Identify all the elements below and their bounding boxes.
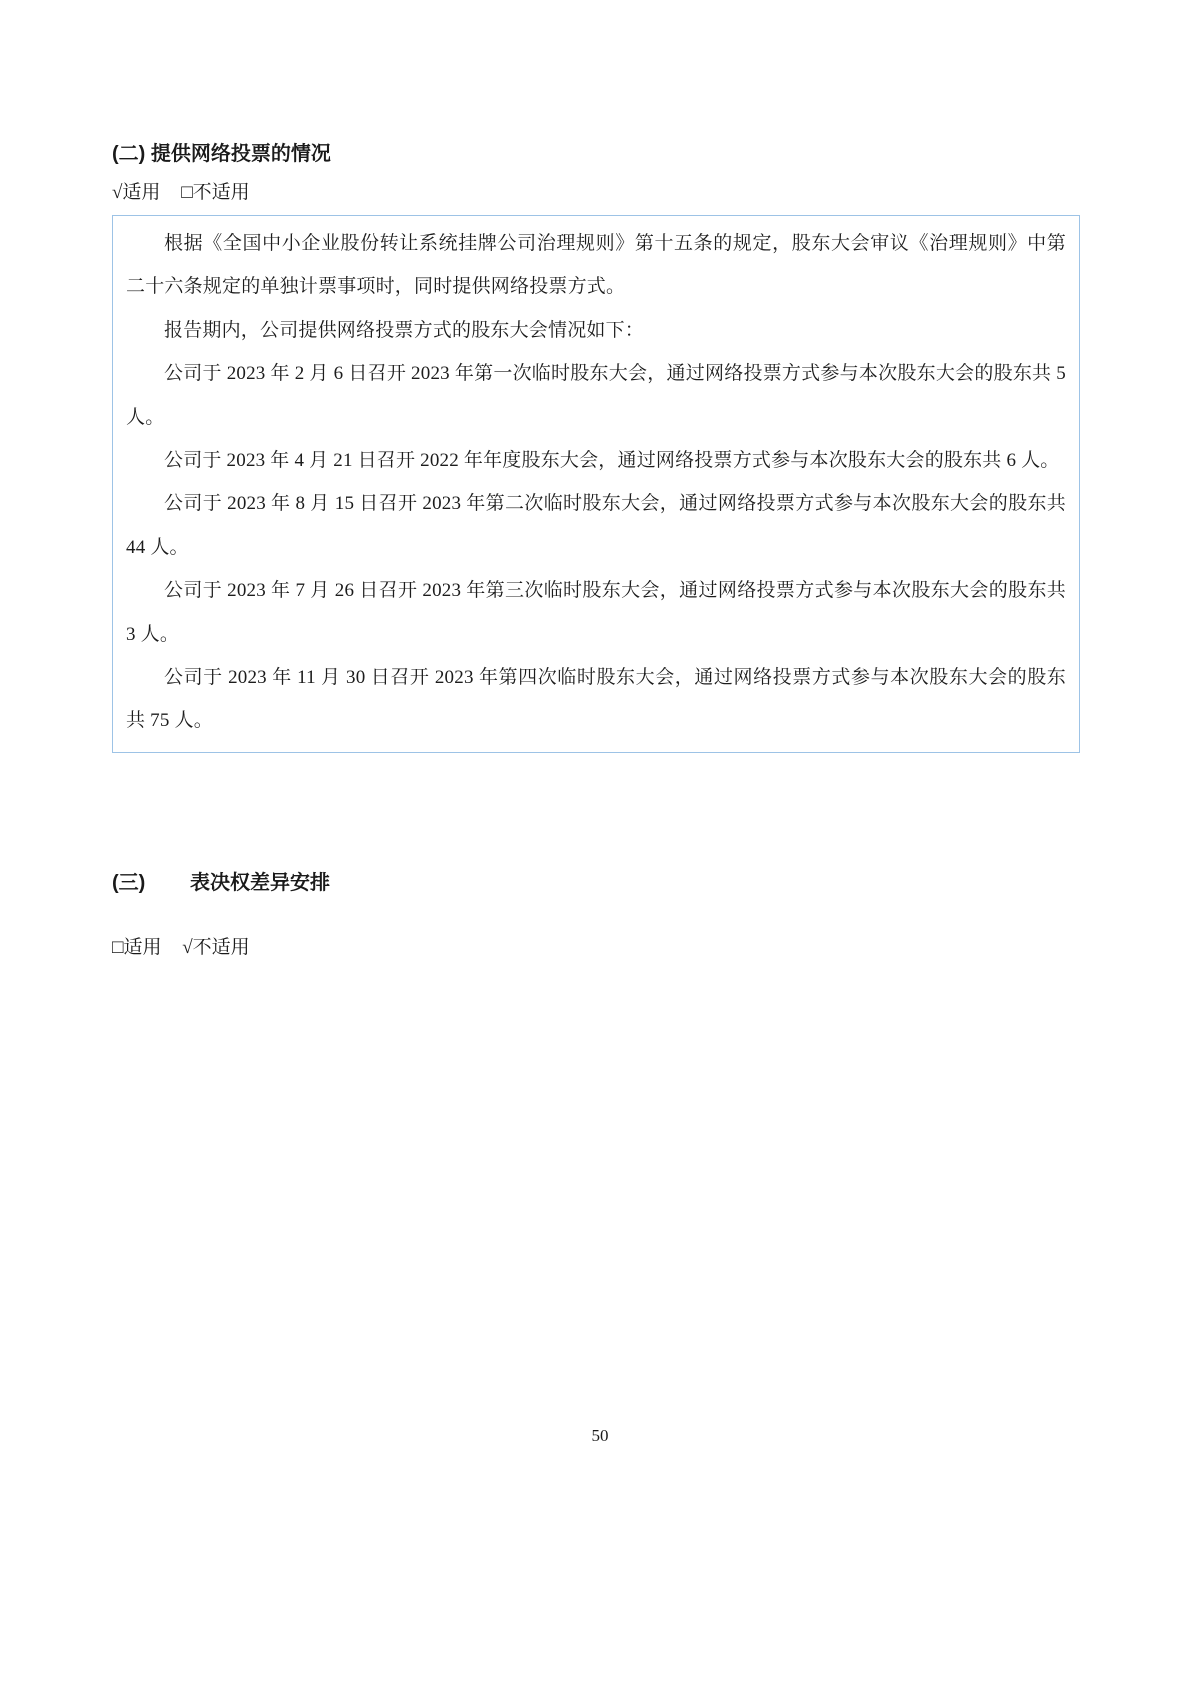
section-2-applicability: √适用 □不适用 [112,180,1080,206]
box-paragraph-report-period-intro: 报告期内，公司提供网络投票方式的股东大会情况如下： [126,309,1066,352]
section-3-heading: (三) 表决权差异安排 [112,869,1080,897]
box-paragraph-meeting-4: 公司于 2023 年 7 月 26 日召开 2023 年第三次临时股东大会，通过… [126,569,1066,656]
box-paragraph-meeting-5: 公司于 2023 年 11 月 30 日召开 2023 年第四次临时股东大会，通… [126,656,1066,743]
section-3-number: (三) [112,869,190,897]
box-paragraph-meeting-2: 公司于 2023 年 4 月 21 日召开 2022 年年度股东大会，通过网络投… [126,439,1066,482]
section-3-applicability: □适用 √不适用 [112,935,1080,961]
box-paragraph-meeting-1: 公司于 2023 年 2 月 6 日召开 2023 年第一次临时股东大会，通过网… [126,352,1066,439]
page-number: 50 [592,1426,609,1445]
page-footer: 50 [0,1426,1200,1446]
section-2-applicable-checked: √适用 [112,182,160,203]
section-3-applicable-checkbox: □适用 [112,937,161,958]
section-2-not-applicable-checkbox: □不适用 [181,182,249,203]
page-content: (二) 提供网络投票的情况 √适用 □不适用 根据《全国中小企业股份转让系统挂牌… [112,140,1080,961]
document-page: (二) 提供网络投票的情况 √适用 □不适用 根据《全国中小企业股份转让系统挂牌… [0,0,1200,1695]
section-3-not-applicable-checked: √不适用 [182,937,249,958]
network-voting-info-box: 根据《全国中小企业股份转让系统挂牌公司治理规则》第十五条的规定，股东大会审议《治… [112,215,1080,753]
section-3-title: 表决权差异安排 [190,869,330,897]
section-2-heading: (二) 提供网络投票的情况 [112,140,1080,168]
box-paragraph-rule-basis: 根据《全国中小企业股份转让系统挂牌公司治理规则》第十五条的规定，股东大会审议《治… [126,222,1066,309]
box-paragraph-meeting-3: 公司于 2023 年 8 月 15 日召开 2023 年第二次临时股东大会，通过… [126,482,1066,569]
